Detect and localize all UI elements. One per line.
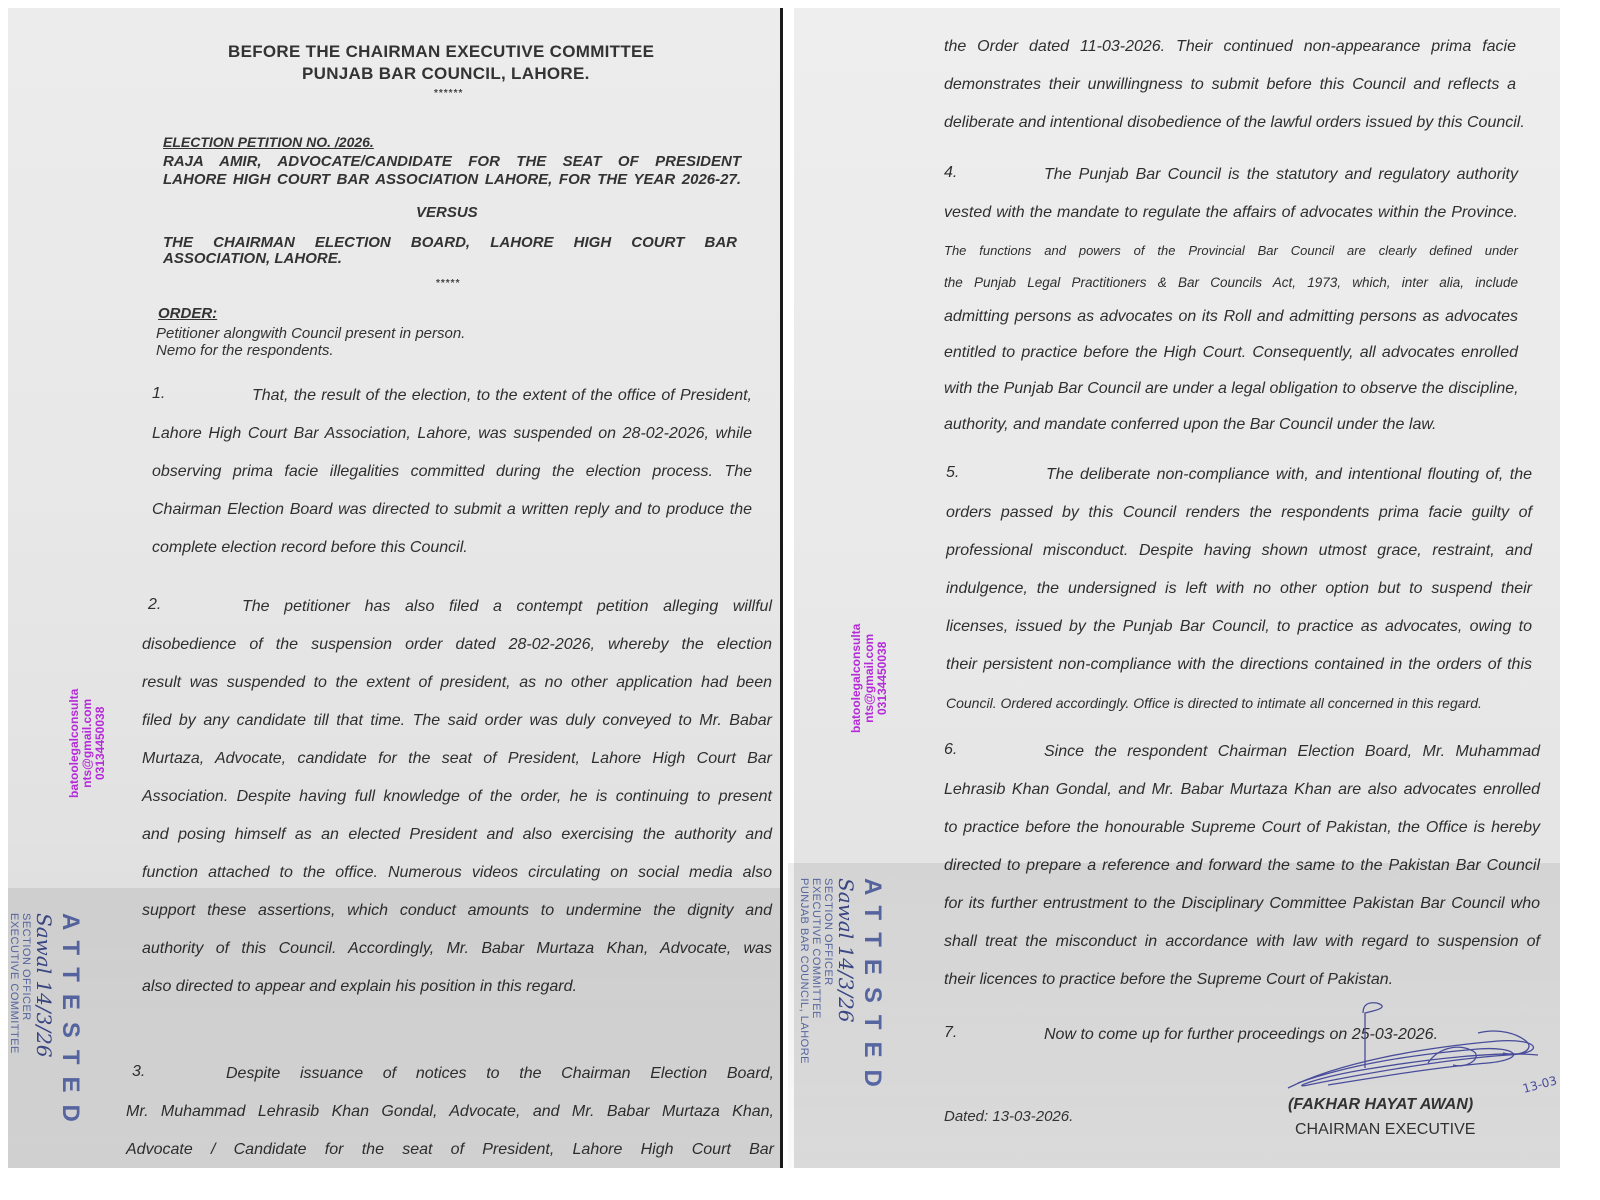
contact-stamp: batoolegalconsulta nts@gmail.com 0313445… [68, 689, 107, 798]
paragraph-number: 3. [132, 1063, 145, 1081]
svg-text:13-03: 13-03 [1521, 1073, 1558, 1096]
paragraph-3: 3. Despite issuance of notices to the Ch… [126, 1063, 774, 1168]
court-heading-line2: PUNJAB BAR COUNCIL, LAHORE. [302, 64, 590, 84]
paragraph-4: 4. The Punjab Bar Council is the statuto… [944, 164, 1518, 452]
respondent-line2: ASSOCIATION, LAHORE. [163, 250, 342, 267]
attested-officer: SECTION OFFICER [822, 878, 834, 1099]
attested-stamp: ATTESTED Sawal 14/3/26 SECTION OFFICER E… [798, 878, 886, 1099]
petitioner-line2: LAHORE HIGH COURT BAR ASSOCIATION LAHORE… [163, 171, 741, 188]
paragraph-number: 6. [944, 741, 957, 759]
paragraph-number: 4. [944, 164, 957, 182]
signatory-name: (FAKHAR HAYAT AWAN) [1288, 1096, 1473, 1114]
paragraph-2: 2. The petitioner has also filed a conte… [142, 596, 772, 1014]
attested-stamp: ATTESTED Sawal 14/3/26 SECTION OFFICER E… [8, 913, 84, 1134]
attendance-line2: Nemo for the respondents. [156, 342, 334, 359]
order-date: Dated: 13-03-2026. [944, 1108, 1073, 1125]
order-heading: ORDER: [158, 305, 217, 322]
attested-council: PUNJAB BAR COUNCIL, LAHORE [798, 878, 810, 1099]
heading-separator: ****** [434, 88, 463, 99]
paragraph-number: 2. [148, 596, 161, 614]
paragraph-1: 1. That, the result of the election, to … [152, 385, 752, 575]
paragraph-5: 5. The deliberate non-compliance with, a… [946, 464, 1532, 730]
attested-word: ATTESTED [858, 878, 886, 1099]
attested-committee: EXECUTIVE COMMITTEE [8, 913, 20, 1134]
petitioner-line1: RAJA AMIR, ADVOCATE/CANDIDATE FOR THE SE… [163, 153, 741, 170]
paragraph-number: 7. [944, 1024, 957, 1042]
order-page-1: BEFORE THE CHAIRMAN EXECUTIVE COMMITTEE … [8, 8, 780, 1168]
signatory-title: CHAIRMAN EXECUTIVE [1295, 1121, 1475, 1139]
attested-signature: Sawal 14/3/26 [834, 878, 858, 1099]
attested-officer: SECTION OFFICER [20, 913, 32, 1134]
paragraph-number: 1. [152, 385, 165, 403]
attested-committee: EXECUTIVE COMMITTEE [810, 878, 822, 1099]
page-divider [780, 8, 783, 1168]
attested-word: ATTESTED [56, 913, 84, 1134]
parties-separator: ***** [436, 278, 460, 289]
attendance-line1: Petitioner alongwith Council present in … [156, 325, 465, 342]
paragraph-7: 7. Now to come up for further proceeding… [944, 1024, 1504, 1062]
order-page-2: the Order dated 11-03-2026. Their contin… [788, 8, 1560, 1168]
respondent-line1: THE CHAIRMAN ELECTION BOARD, LAHORE HIGH… [163, 234, 737, 251]
signature-scribble: 13-03 [1278, 993, 1558, 1103]
court-heading-line1: BEFORE THE CHAIRMAN EXECUTIVE COMMITTEE [228, 42, 654, 62]
versus-label: VERSUS [416, 204, 478, 221]
paragraph-3-continuation: the Order dated 11-03-2026. Their contin… [944, 36, 1516, 150]
petition-number: ELECTION PETITION NO. /2026. [163, 134, 374, 150]
contact-stamp: batoolegalconsulta nts@gmail.com 0313445… [850, 624, 889, 733]
paragraph-number: 5. [946, 464, 959, 482]
paragraph-6: 6. Since the respondent Chairman Electio… [944, 741, 1540, 1007]
attested-signature: Sawal 14/3/26 [32, 913, 56, 1134]
